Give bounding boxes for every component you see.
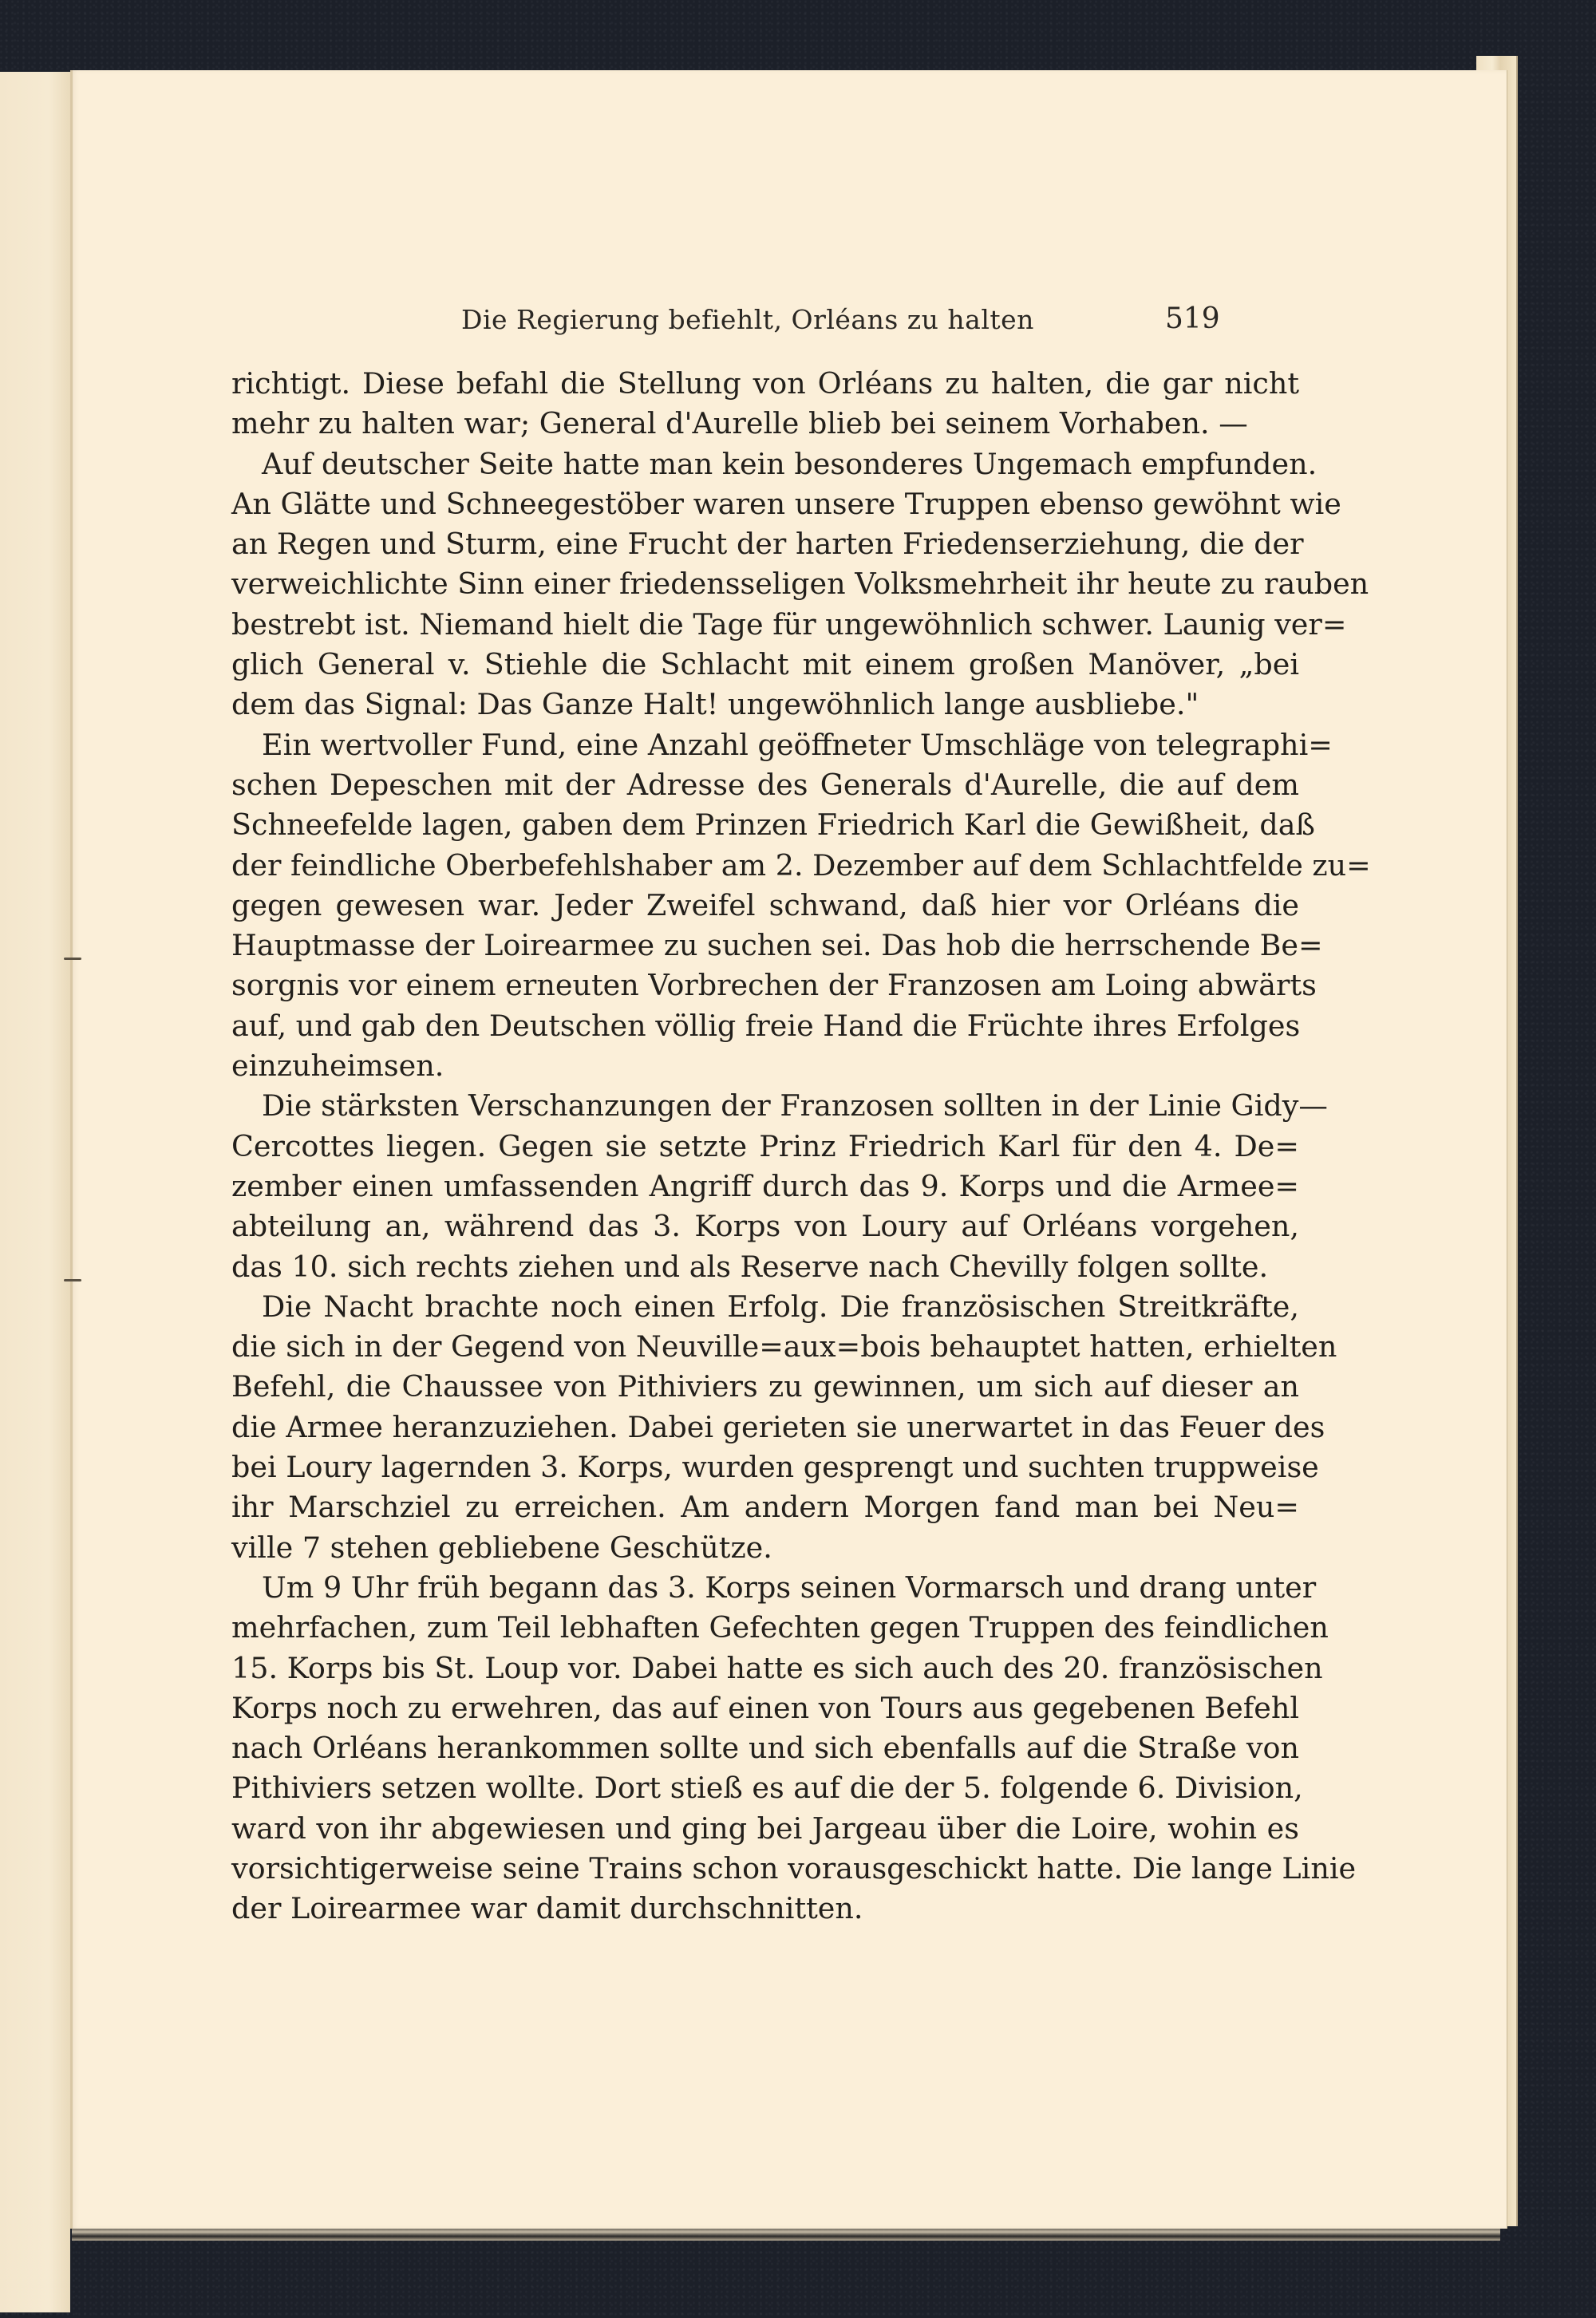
text-line: ville 7 stehen gebliebene Geschütze. (231, 1528, 1299, 1568)
text-line: mehrfachen, zum Teil lebhaften Gefechten… (231, 1608, 1299, 1648)
text-line: gegen gewesen war. Jeder Zweifel schwand… (231, 886, 1299, 926)
text-line: Hauptmasse der Loirearmee zu suchen sei.… (231, 926, 1299, 966)
paragraph: Ein wertvoller Fund, eine Anzahl geöffne… (231, 725, 1299, 1087)
page-number: 519 (1165, 302, 1220, 335)
running-head: Die Regierung befiehlt, Orléans zu halte… (70, 304, 1507, 344)
paragraph: Die Nacht brachte noch einen Erfolg. Die… (231, 1287, 1299, 1568)
text-line: Die stärksten Verschanzungen der Franzos… (231, 1086, 1299, 1126)
text-line: Auf deutscher Seite hatte man kein beson… (231, 444, 1299, 484)
text-line: Ein wertvoller Fund, eine Anzahl geöffne… (231, 725, 1299, 765)
text-line: Die Nacht brachte noch einen Erfolg. Die… (231, 1287, 1299, 1327)
facing-page-edge (0, 72, 70, 2312)
text-line: dem das Signal: Das Ganze Halt! ungewöhn… (231, 685, 1299, 725)
text-line: abteilung an, während das 3. Korps von L… (231, 1206, 1299, 1246)
text-line: der feindliche Oberbefehlshaber am 2. De… (231, 846, 1299, 886)
text-line: die Armee heranzuziehen. Dabei gerieten … (231, 1408, 1299, 1447)
gutter-crease (70, 70, 73, 2229)
binding-stitch (64, 1279, 81, 1281)
text-line: bestrebt ist. Niemand hielt die Tage für… (231, 605, 1299, 645)
text-line: das 10. sich rechts ziehen und als Reser… (231, 1247, 1299, 1287)
text-line: glich General v. Stiehle die Schlacht mi… (231, 645, 1299, 685)
text-line: nach Orléans herankommen sollte und sich… (231, 1728, 1299, 1768)
body-text: richtigt. Diese befahl die Stellung von … (231, 364, 1299, 1929)
text-line: bei Loury lagernden 3. Korps, wurden ges… (231, 1447, 1299, 1487)
text-line: auf, und gab den Deutschen völlig freie … (231, 1006, 1299, 1046)
running-head-title: Die Regierung befiehlt, Orléans zu halte… (461, 304, 1034, 335)
text-line: sorgnis vor einem erneuten Vorbrechen de… (231, 966, 1299, 1005)
text-line: ward von ihr abgewiesen und ging bei Jar… (231, 1809, 1299, 1849)
text-line: mehr zu halten war; General d'Aurelle bl… (231, 404, 1299, 444)
text-line: Cercottes liegen. Gegen sie setzte Prinz… (231, 1127, 1299, 1167)
text-line: die sich in der Gegend von Neuville=aux=… (231, 1327, 1299, 1367)
text-line: Um 9 Uhr früh begann das 3. Korps seinen… (231, 1568, 1299, 1608)
binding-stitch (64, 958, 81, 960)
text-line: 15. Korps bis St. Loup vor. Dabei hatte … (231, 1649, 1299, 1688)
book-page: Die Regierung befiehlt, Orléans zu halte… (70, 70, 1507, 2229)
text-line: Korps noch zu erwehren, das auf einen vo… (231, 1688, 1299, 1728)
text-line: Befehl, die Chaussee von Pithiviers zu g… (231, 1367, 1299, 1407)
text-line: zember einen umfassenden Angriff durch d… (231, 1167, 1299, 1206)
paragraph: Um 9 Uhr früh begann das 3. Korps seinen… (231, 1568, 1299, 1929)
text-line: An Glätte und Schneegestöber waren unser… (231, 484, 1299, 524)
paragraph: Auf deutscher Seite hatte man kein beson… (231, 444, 1299, 725)
text-line: vorsichtigerweise seine Trains schon vor… (231, 1849, 1299, 1889)
text-line: Pithiviers setzen wollte. Dort stieß es … (231, 1768, 1299, 1808)
text-line: verweichlichte Sinn einer friedensselige… (231, 564, 1299, 604)
text-line: ihr Marschziel zu erreichen. Am andern M… (231, 1487, 1299, 1527)
text-line: schen Depeschen mit der Adresse des Gene… (231, 765, 1299, 805)
text-line: richtigt. Diese befahl die Stellung von … (231, 364, 1299, 404)
text-line: der Loirearmee war damit durchschnitten. (231, 1889, 1299, 1929)
text-line: an Regen und Sturm, eine Frucht der hart… (231, 524, 1299, 564)
paragraph: richtigt. Diese befahl die Stellung von … (231, 364, 1299, 444)
text-line: Schneefelde lagen, gaben dem Prinzen Fri… (231, 805, 1299, 845)
paragraph: Die stärksten Verschanzungen der Franzos… (231, 1086, 1299, 1286)
text-line: einzuheimsen. (231, 1046, 1299, 1086)
